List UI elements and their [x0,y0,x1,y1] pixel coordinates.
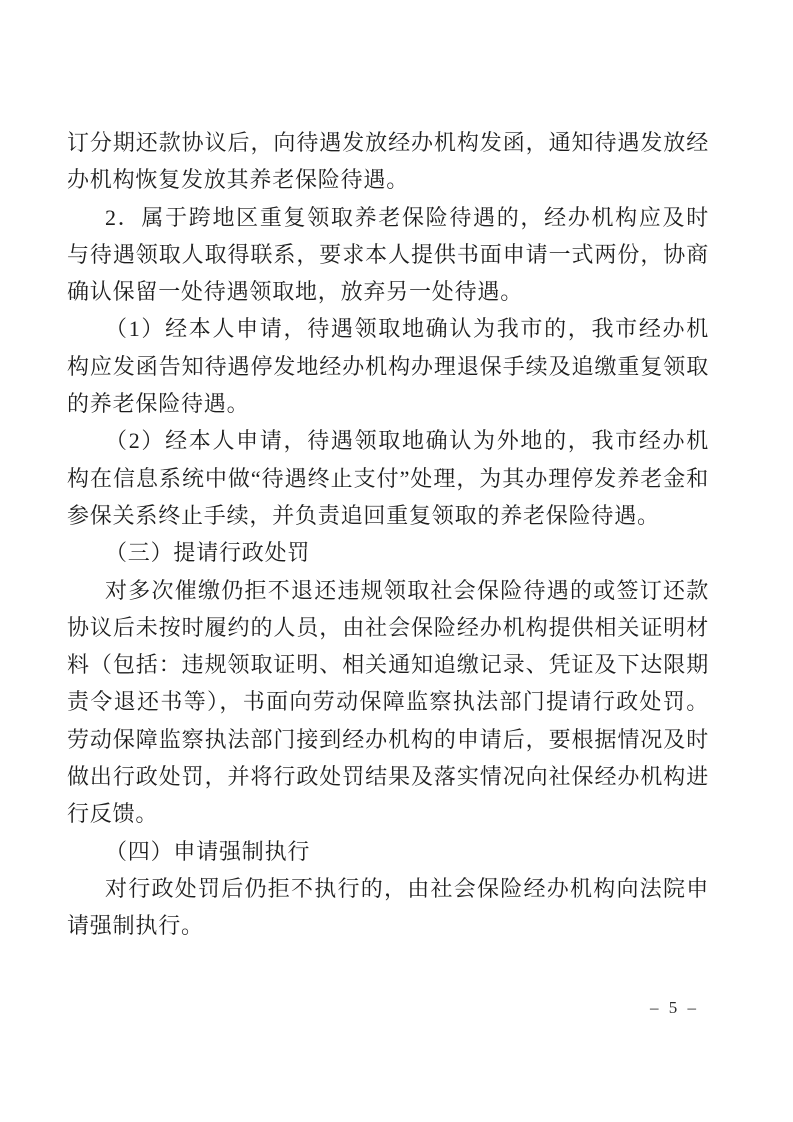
paragraph: 2．属于跨地区重复领取养老保险待遇的，经办机构应及时与待遇领取人取得联系，要求本… [67,199,709,311]
page-number: – 5 – [650,998,699,1018]
paragraph: （1）经本人申请，待遇领取地确认为我市的，我市经办机构应发函告知待遇停发地经办机… [67,310,709,422]
paragraph: 订分期还款协议后，向待遇发放经办机构发函，通知待遇发放经办机构恢复发放其养老保险… [67,124,709,199]
section-heading: （三）提请行政处罚 [67,534,709,571]
document-page: 订分期还款协议后，向待遇发放经办机构发函，通知待遇发放经办机构恢复发放其养老保险… [0,0,793,1122]
paragraph: 对多次催缴仍拒不退还违规领取社会保险待遇的或签订还款协议后未按时履约的人员，由社… [67,572,709,833]
paragraph: （2）经本人申请，待遇领取地确认为外地的，我市经办机构在信息系统中做“待遇终止支… [67,422,709,534]
document-body: 订分期还款协议后，向待遇发放经办机构发函，通知待遇发放经办机构恢复发放其养老保险… [67,124,709,945]
paragraph: 对行政处罚后仍拒不执行的，由社会保险经办机构向法院申请强制执行。 [67,870,709,945]
section-heading: （四）申请强制执行 [67,833,709,870]
